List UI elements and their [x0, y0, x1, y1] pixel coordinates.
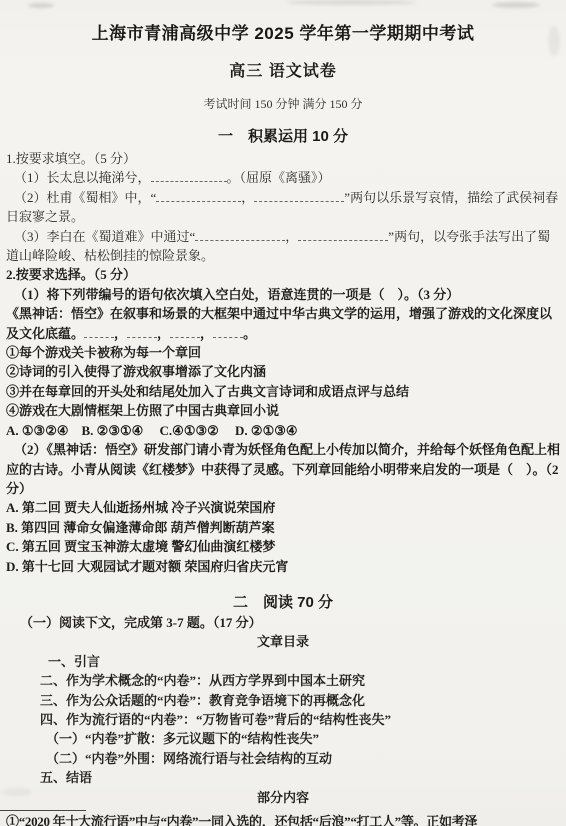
scan-artifact: [286, 0, 416, 5]
toc-item-4-2: （二）“内卷”外围：网络流行语与社会结构的互动: [46, 749, 560, 768]
question-1-item-3: （3）李白在《蜀道难》中通过“，”两句，以夸张手法写出了蜀道山峰险峻、枯松倒挂的…: [6, 227, 560, 266]
exam-title: 上海市青浦高级中学 2025 学年第一学期期中考试: [6, 22, 560, 46]
toc-item-4: 四、作为流行语的“内卷”：“万物皆可卷”背后的“结构性丧失”: [40, 710, 560, 729]
answer-blank: [127, 324, 157, 338]
toc-item-2: 二、作为学术概念的“内卷”：从西方学界到中国本土研究: [40, 671, 560, 690]
q1-item3-comma: ，: [285, 229, 298, 244]
answer-blank: [213, 324, 243, 338]
section-2-heading: 二 阅读 70 分: [6, 593, 560, 613]
q1-item1-text-post: 。（屈原《离骚》）: [227, 170, 331, 185]
answer-blank: [298, 227, 388, 241]
numbered-sentence-4: ④游戏在大剧情框架上仿照了中国古典章回小说: [6, 401, 560, 420]
exam-subtitle: 高三 语文试卷: [6, 61, 560, 83]
q1-item1-text-pre: （1）长太息以掩涕兮，: [14, 170, 151, 185]
question-1-stem: 1.按要求填空。（5 分）: [6, 149, 560, 168]
scan-artifact: [28, 3, 54, 8]
question-2-1-passage: 《黑神话：悟空》在叙事和场景的大框架中通过中华古典文学的运用，增强了游戏的文化深…: [6, 304, 560, 343]
question-2-1-stem: （1）将下列带编号的语句依次填入空白处，语意连贯的一项是（ ）。（3 分）: [6, 285, 560, 304]
q2-1-separator: ，: [114, 326, 127, 341]
q2-1-separator: ，: [157, 326, 170, 341]
toc-item-4-1: （一）“内卷”扩散：多元议题下的“结构性丧失”: [46, 729, 560, 748]
exam-paper-page: 上海市青浦高级中学 2025 学年第一学期期中考试 高三 语文试卷 考试时间 1…: [0, 0, 566, 826]
q2-1-terminal: 。: [243, 326, 256, 341]
toc-item-5: 五、结语: [40, 768, 560, 787]
answer-blank: [254, 188, 344, 202]
partial-content-title: 部分内容: [6, 788, 560, 807]
question-2-2-choice-d: D. 第十七回 大观园试才题对额 荣国府归省庆元宵: [6, 557, 560, 576]
toc-item-3: 三、作为公众话题的“内卷”：教育竞争语境下的再概念化: [40, 691, 560, 710]
q1-item3-text-pre: （3）李白在《蜀道难》中通过“: [14, 229, 195, 244]
question-2-stem: 2.按要求选择。（5 分）: [6, 265, 560, 284]
answer-blank: [170, 324, 200, 338]
footnote-separator-rule: [0, 810, 86, 811]
question-1-item-1: （1）长太息以掩涕兮，。（屈原《离骚》）: [6, 168, 560, 187]
exam-meta: 考试时间 150 分钟 满分 150 分: [6, 96, 560, 112]
section-1-heading: 一 积累运用 10 分: [6, 127, 560, 147]
reading-part-1-stem: （一）阅读下文，完成第 3-7 题。（17 分）: [20, 613, 560, 632]
numbered-sentence-1: ①每个游戏关卡被称为每一个章回: [6, 343, 560, 362]
article-toc-title: 文章目录: [6, 632, 560, 651]
question-2-1-choices: A. ①③②④ B. ②③①④ C.④①③② D. ②①③④: [6, 421, 560, 440]
question-2-2-stem: （2）《黑神话：悟空》研发部门请小青为妖怪角色配上小传加以简介，并给每个妖怪角色…: [6, 440, 560, 498]
numbered-sentence-3: ③并在每章回的开头处和结尾处加入了古典文言诗词和成语点评与总结: [6, 382, 560, 401]
toc-item-1: 一、引言: [48, 652, 560, 671]
numbered-sentence-2: ②诗词的引入使得了游戏叙事增添了文化内涵: [6, 362, 560, 381]
article-toc: 一、引言 二、作为学术概念的“内卷”：从西方学界到中国本土研究 三、作为公众话题…: [6, 652, 560, 788]
answer-blank: [151, 168, 227, 182]
question-2-2-choice-c: C. 第五回 贾宝玉神游太虚境 警幻仙曲演红楼梦: [6, 537, 560, 556]
question-2-2-choice-a: A. 第二回 贾夫人仙逝扬州城 冷子兴演说荣国府: [6, 498, 560, 517]
q2-1-separator: ，: [200, 326, 213, 341]
scan-artifact: [492, 2, 540, 8]
question-2-2-choice-b: B. 第四回 薄命女偏逢薄命郎 葫芦僧判断葫芦案: [6, 518, 560, 537]
q1-item2-comma: ，: [241, 190, 254, 205]
question-1-item-2: （2）杜甫《蜀相》中，“，”两句以乐景写哀情，描绘了武侯祠春日寂寥之景。: [6, 188, 560, 227]
answer-blank: [195, 227, 285, 241]
answer-blank: [156, 188, 241, 202]
q1-item2-text-pre: （2）杜甫《蜀相》中，“: [14, 190, 156, 205]
article-footnote: ①“2020 年十大流行语”中与“内卷”一同入选的，还包括“后浪”“打工人”等。…: [6, 812, 560, 826]
answer-blank: [84, 324, 114, 338]
